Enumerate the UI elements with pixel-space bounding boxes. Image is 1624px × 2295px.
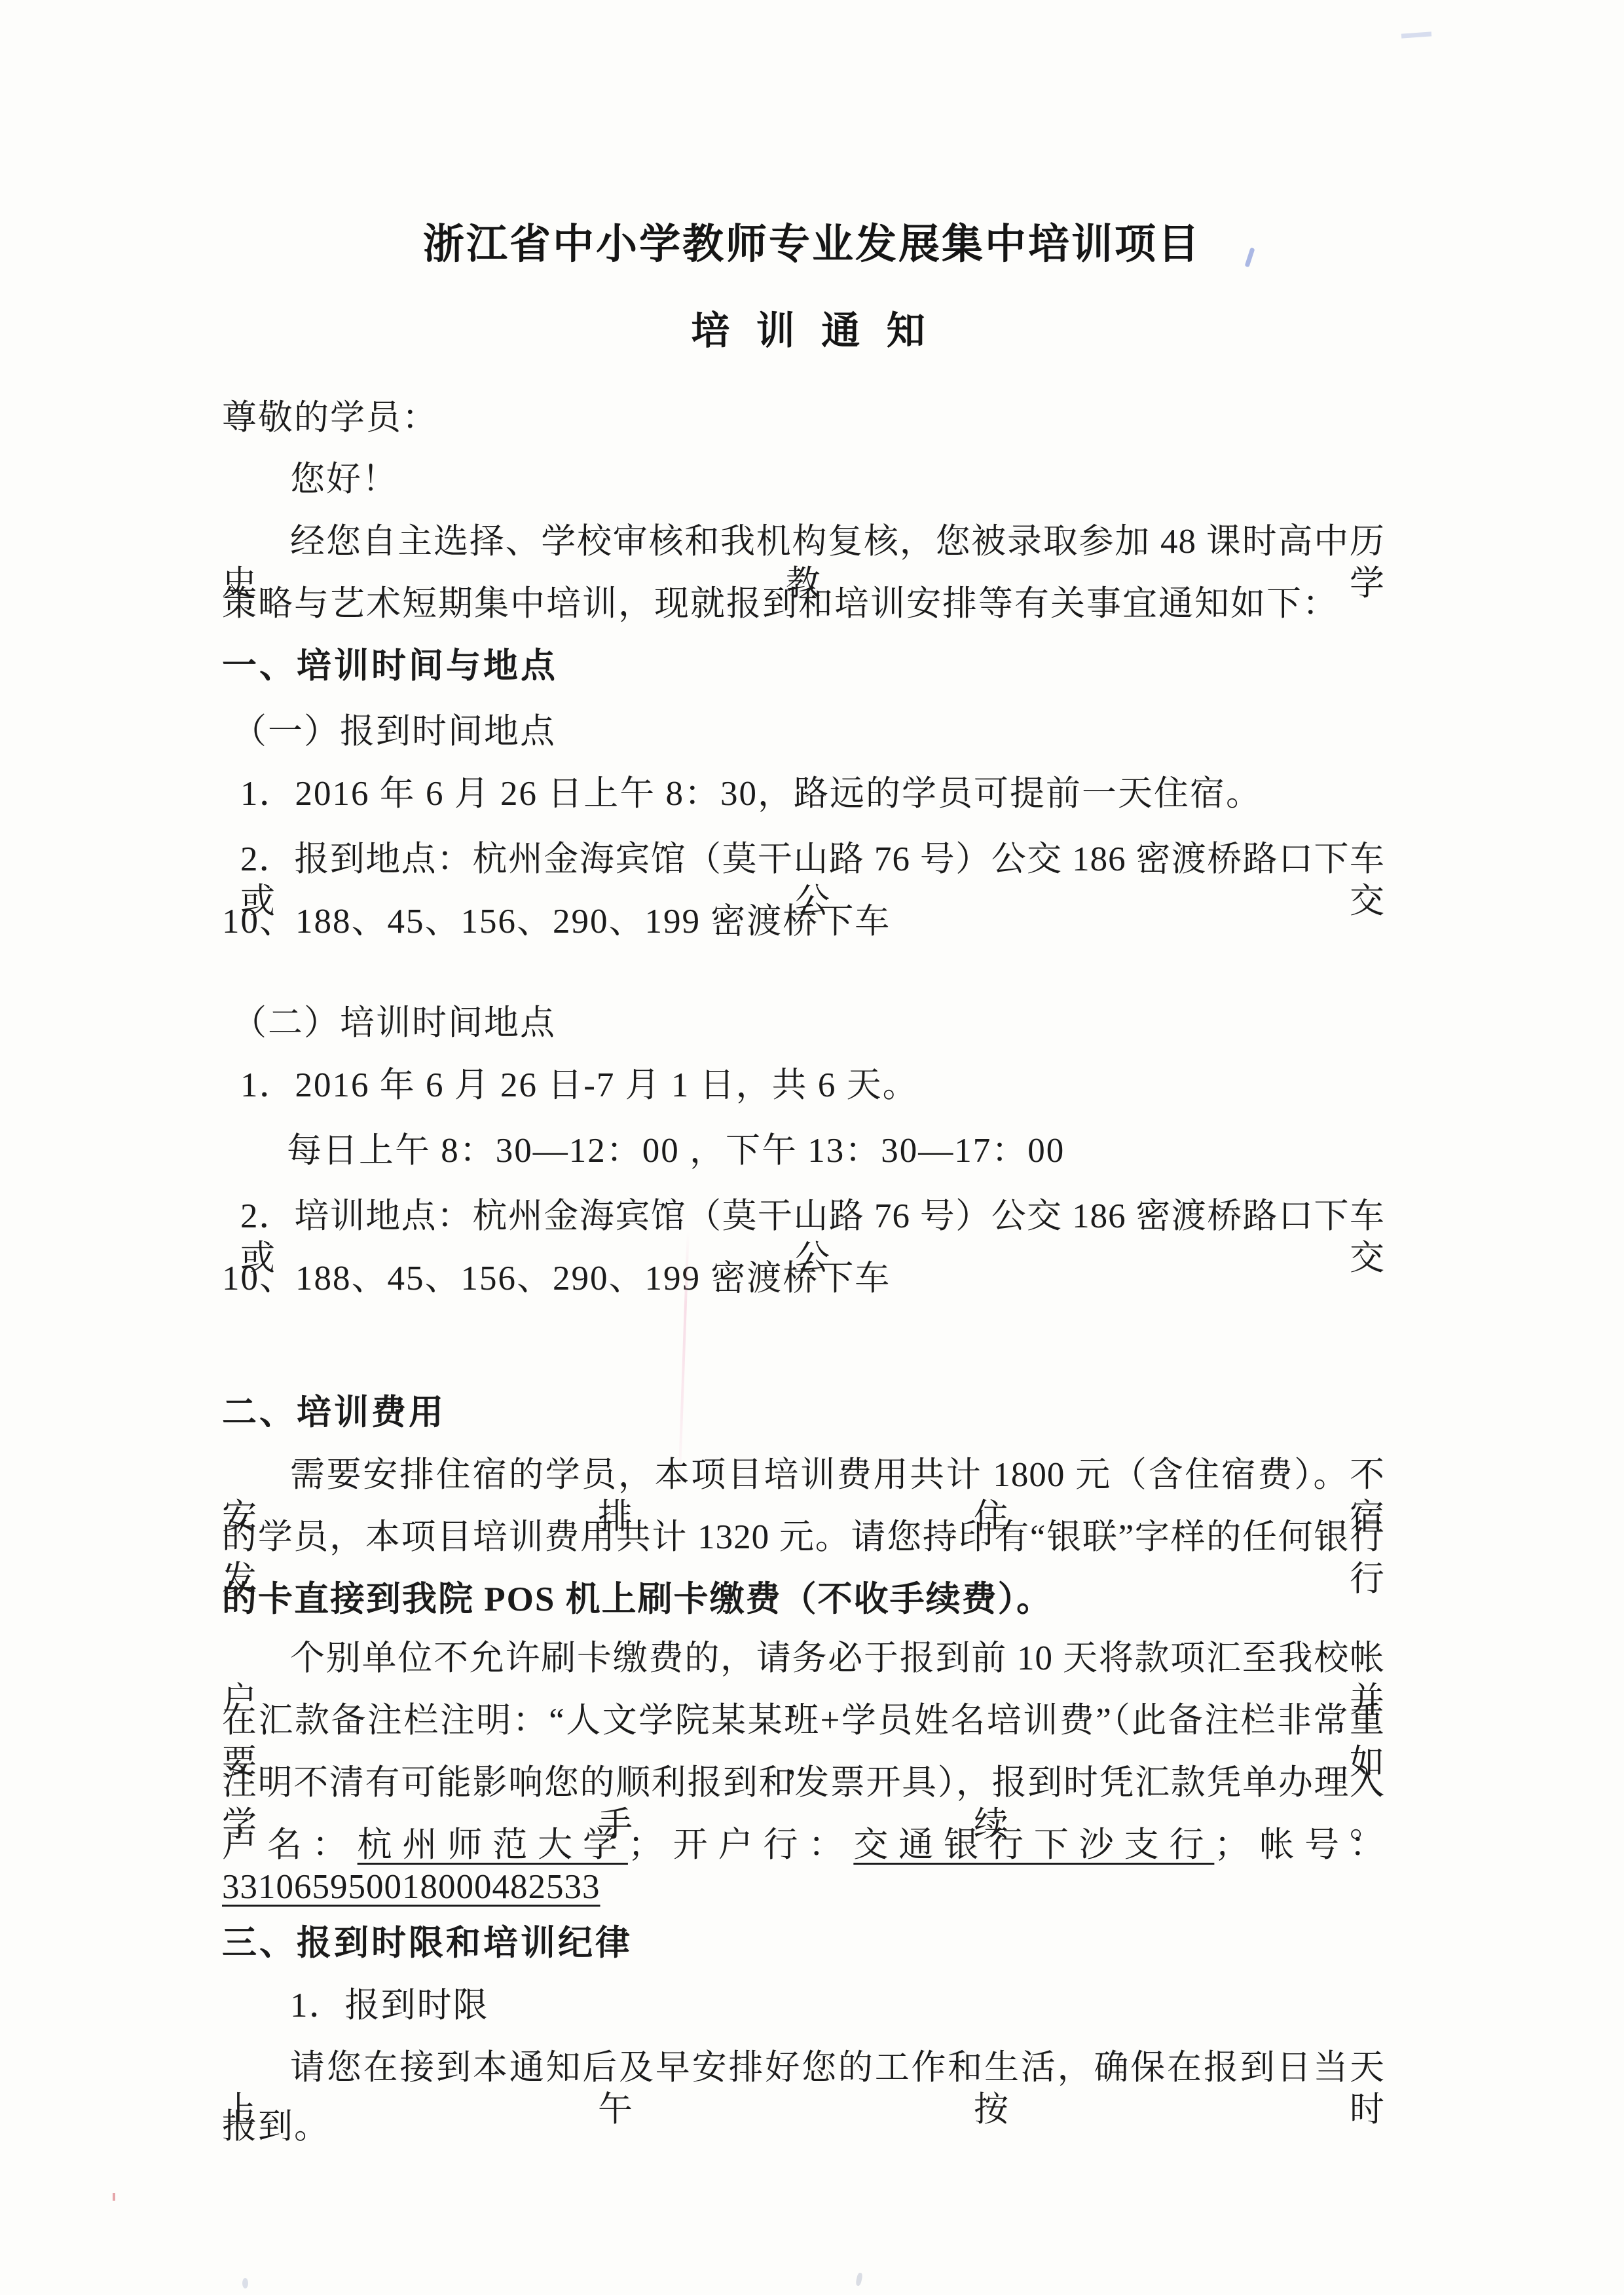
scan-speck xyxy=(242,2278,248,2288)
section3-para-line2: 报到。 xyxy=(222,2106,1385,2148)
section1-sub2-item1-times: 每日上午 8：30—12：00 ，下午 13：30—17：00 xyxy=(287,1130,1450,1172)
section2-para1-line3: 的卡直接到我院 POS 机上刷卡缴费（不收手续费）。 xyxy=(222,1578,1385,1620)
intro-line-2: 策略与艺术短期集中培训，现就报到和培训安排等有关事宜通知如下： xyxy=(222,583,1385,625)
section1-sub2-item1: 1．2016 年 6 月 26 日-7 月 1 日，共 6 天。 xyxy=(240,1064,1385,1106)
account-bank-label: ；开户行： xyxy=(628,1826,853,1864)
scan-speck xyxy=(113,2193,115,2201)
account-number-label: ；帐号： xyxy=(1214,1826,1385,1864)
section1-sub2-heading: （二）培训时间地点 xyxy=(232,1002,1395,1044)
account-name-value: 杭州师范大学 xyxy=(358,1826,628,1864)
section1-sub1-item2-line2: 10、188、45、156、290、199 密渡桥下车 xyxy=(222,901,1385,942)
section1-heading: 一、培训时间与地点 xyxy=(222,645,1385,687)
scan-speck xyxy=(855,2272,863,2286)
section3-item1-heading: 1．报到时限 xyxy=(290,1985,1453,2026)
scan-smudge-top xyxy=(1401,31,1431,38)
account-number-value: 331065950018000482533 xyxy=(222,1868,600,1906)
bank-account-line: 户名：杭州师范大学；开户行：交通银行下沙支行；帐号：33106595001800… xyxy=(222,1824,1385,1908)
section3-heading: 三、报到时限和培训纪律 xyxy=(222,1922,1385,1964)
document-subtitle: 培 训 通 知 xyxy=(0,308,1624,354)
scanned-training-notice-page: 浙江省中小学教师专业发展集中培训项目 培 训 通 知 尊敬的学员： 您好！ 经您… xyxy=(0,0,1624,2295)
section1-sub1-heading: （一）报到时间地点 xyxy=(232,711,1395,753)
section1-sub1-item1: 1．2016 年 6 月 26 日上午 8：30，路远的学员可提前一天住宿。 xyxy=(240,773,1385,815)
greeting: 您好！ xyxy=(290,458,1453,500)
salutation: 尊敬的学员： xyxy=(222,397,1385,439)
section1-sub2-item2-line2: 10、188、45、156、290、199 密渡桥下车 xyxy=(222,1258,1385,1299)
document-title: 浙江省中小学教师专业发展集中培训项目 xyxy=(0,220,1624,269)
account-bank-value: 交通银行下沙支行 xyxy=(853,1826,1214,1864)
section2-heading: 二、培训费用 xyxy=(222,1392,1385,1434)
account-name-label: 户名： xyxy=(222,1826,358,1864)
